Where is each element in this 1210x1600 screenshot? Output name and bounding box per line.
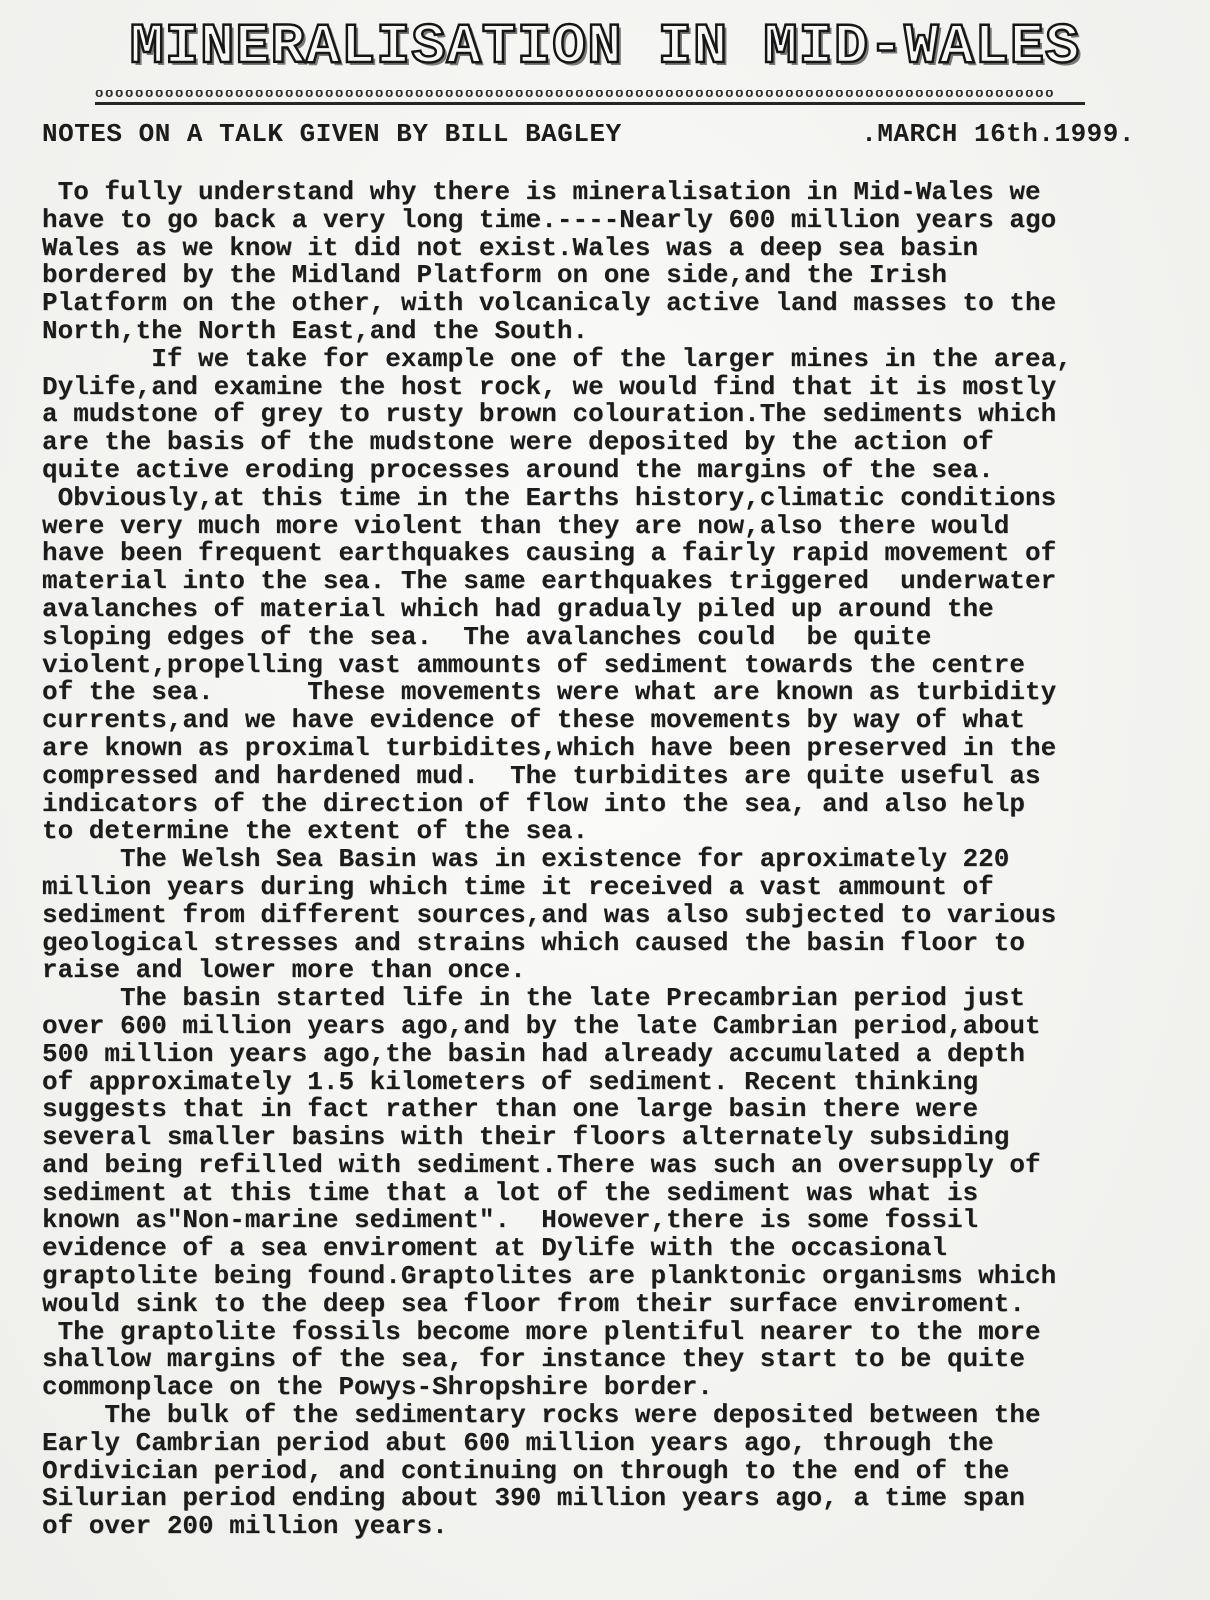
paragraph: The Welsh Sea Basin was in existence for… bbox=[42, 846, 1170, 985]
scanned-document-page: MINERALISATION IN MID-WALES oooooooooooo… bbox=[0, 0, 1210, 1600]
subheader-row: NOTES ON A TALK GIVEN BY BILL BAGLEY .MA… bbox=[42, 119, 1135, 149]
chain-divider: oooooooooooooooooooooooooooooooooooooooo… bbox=[95, 90, 1085, 105]
paragraph: The bulk of the sedimentary rocks were d… bbox=[42, 1402, 1170, 1541]
document-title: MINERALISATION IN MID-WALES bbox=[0, 0, 1210, 80]
paragraph: The basin started life in the late Preca… bbox=[42, 985, 1170, 1402]
notes-byline: NOTES ON A TALK GIVEN BY BILL BAGLEY bbox=[42, 119, 622, 149]
paragraph: If we take for example one of the larger… bbox=[42, 346, 1170, 846]
date-label: .MARCH 16th.1999. bbox=[861, 119, 1135, 149]
paragraph: To fully understand why there is mineral… bbox=[42, 179, 1170, 346]
document-body: To fully understand why there is mineral… bbox=[42, 179, 1170, 1541]
